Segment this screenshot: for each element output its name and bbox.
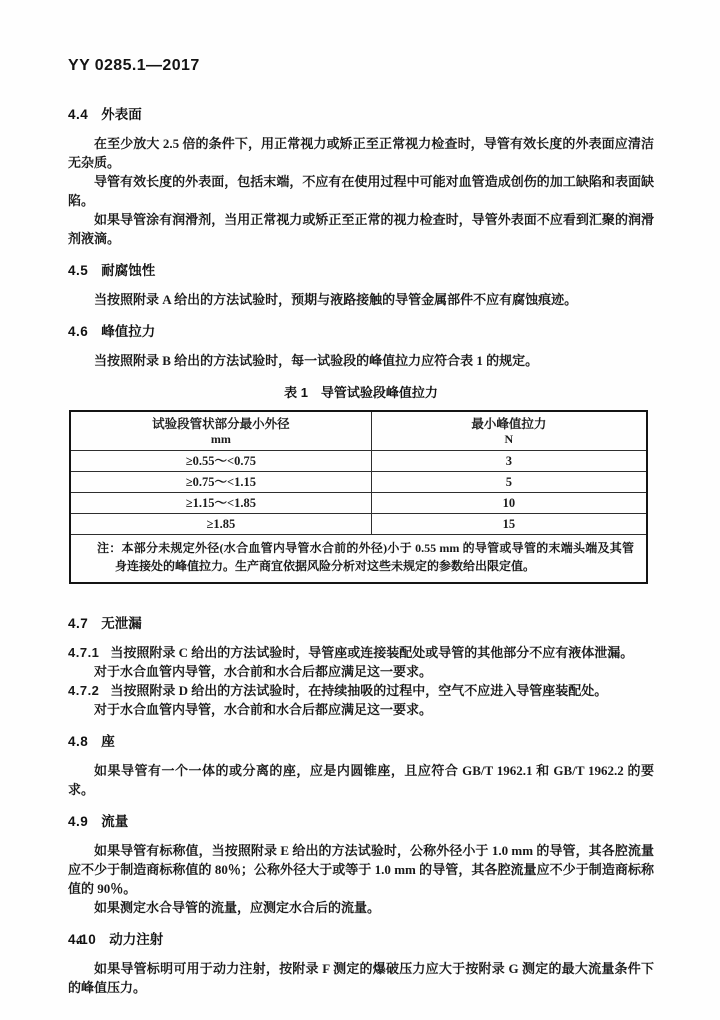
section-title: 座: [101, 734, 115, 749]
section-title: 外表面: [101, 107, 142, 122]
col-header-min-outer-diameter: 试验段管状部分最小外径 mm: [70, 411, 371, 451]
paragraph-4-7-1-b: 对于水合血管内导管，水合前和水合后都应满足这一要求。: [68, 662, 654, 681]
document-page: YY 0285.1—2017 4.4外表面 在至少放大 2.5 倍的条件下，用正…: [0, 0, 720, 1020]
section-number: 4.7: [68, 616, 88, 631]
paragraph-4-9-b: 如果测定水合导管的流量，应测定水合后的流量。: [68, 898, 654, 917]
section-title: 无泄漏: [101, 616, 142, 631]
unit-newton: N: [372, 432, 646, 447]
heading-4-9: 4.9流量: [68, 812, 654, 831]
table-row: ≥1.15～<1.85 10: [70, 493, 647, 514]
clause-text: 当按照附录 C 给出的方法试验时，导管座或连接装配处或导管的其他部分不应有液体泄…: [110, 645, 633, 660]
page-number: 4: [76, 932, 83, 948]
clause-text: 当按照附录 D 给出的方法试验时，在持续抽吸的过程中，空气不应进入导管座装配处。: [110, 683, 607, 698]
section-number: 4.8: [68, 734, 88, 749]
table-note-row: 注：本部分未规定外径(水合血管内导管水合前的外径)小于 0.55 mm 的导管或…: [70, 535, 647, 584]
clause-number: 4.7.1: [68, 645, 99, 660]
table-1-peak-tensile-force: 试验段管状部分最小外径 mm 最小峰值拉力 N ≥0.55～<0.75 3 ≥0…: [69, 410, 648, 584]
cell-diameter-range: ≥1.15～<1.85: [70, 493, 371, 514]
table-note: 注：本部分未规定外径(水合血管内导管水合前的外径)小于 0.55 mm 的导管或…: [70, 535, 647, 584]
paragraph-4-4-c: 如果导管涂有润滑剂，当用正常视力或矫正至正常的视力检查时，导管外表面不应看到汇聚…: [68, 210, 654, 248]
table-row: ≥0.75～<1.15 5: [70, 472, 647, 493]
section-title: 峰值拉力: [101, 324, 155, 339]
section-title: 耐腐蚀性: [101, 263, 155, 278]
col-header-min-peak-force: 最小峰值拉力 N: [371, 411, 647, 451]
paragraph-4-4-a: 在至少放大 2.5 倍的条件下，用正常视力或矫正至正常视力检查时，导管有效长度的…: [68, 134, 654, 172]
paragraph-4-7-1: 4.7.1当按照附录 C 给出的方法试验时，导管座或连接装配处或导管的其他部分不…: [68, 643, 654, 662]
paragraph-4-8-a: 如果导管有一个一体的或分离的座，应是内圆锥座，且应符合 GB/T 1962.1 …: [68, 761, 654, 799]
page-content: YY 0285.1—2017 4.4外表面 在至少放大 2.5 倍的条件下，用正…: [68, 0, 654, 997]
col-header-label: 最小峰值拉力: [372, 416, 646, 432]
col-header-label: 试验段管状部分最小外径: [71, 416, 371, 432]
section-number: 4.5: [68, 263, 88, 278]
table-caption: 表 1 导管试验段峰值拉力: [68, 383, 654, 402]
cell-min-force: 3: [371, 451, 647, 472]
heading-4-10: 4.10动力注射: [68, 930, 654, 949]
paragraph-4-4-b: 导管有效长度的外表面，包括末端，不应有在使用过程中可能对血管造成创伤的加工缺陷和…: [68, 172, 654, 210]
section-title: 流量: [101, 814, 128, 829]
cell-diameter-range: ≥0.55～<0.75: [70, 451, 371, 472]
heading-4-8: 4.8座: [68, 732, 654, 751]
cell-min-force: 15: [371, 514, 647, 535]
paragraph-4-7-2: 4.7.2当按照附录 D 给出的方法试验时，在持续抽吸的过程中，空气不应进入导管…: [68, 681, 654, 700]
heading-4-4: 4.4外表面: [68, 105, 654, 124]
paragraph-4-10-a: 如果导管标明可用于动力注射，按附录 F 测定的爆破压力应大于按附录 G 测定的最…: [68, 959, 654, 997]
section-number: 4.4: [68, 107, 88, 122]
paragraph-4-6-a: 当按照附录 B 给出的方法试验时，每一试验段的峰值拉力应符合表 1 的规定。: [68, 351, 654, 370]
table-row: ≥1.85 15: [70, 514, 647, 535]
table-header-row: 试验段管状部分最小外径 mm 最小峰值拉力 N: [70, 411, 647, 451]
cell-diameter-range: ≥1.85: [70, 514, 371, 535]
section-number: 4.6: [68, 324, 88, 339]
heading-4-5: 4.5耐腐蚀性: [68, 261, 654, 280]
clause-number: 4.7.2: [68, 683, 99, 698]
section-number: 4.9: [68, 814, 88, 829]
cell-min-force: 10: [371, 493, 647, 514]
standard-number: YY 0285.1—2017: [68, 56, 654, 75]
cell-diameter-range: ≥0.75～<1.15: [70, 472, 371, 493]
section-title: 动力注射: [109, 932, 163, 947]
cell-min-force: 5: [371, 472, 647, 493]
unit-mm: mm: [71, 432, 371, 447]
paragraph-4-7-2-b: 对于水合血管内导管，水合前和水合后都应满足这一要求。: [68, 700, 654, 719]
heading-4-6: 4.6峰值拉力: [68, 322, 654, 341]
table-row: ≥0.55～<0.75 3: [70, 451, 647, 472]
paragraph-4-5-a: 当按照附录 A 给出的方法试验时，预期与液路接触的导管金属部件不应有腐蚀痕迹。: [68, 290, 654, 309]
heading-4-7: 4.7无泄漏: [68, 614, 654, 633]
paragraph-4-9-a: 如果导管有标称值，当按照附录 E 给出的方法试验时，公称外径小于 1.0 mm …: [68, 841, 654, 898]
